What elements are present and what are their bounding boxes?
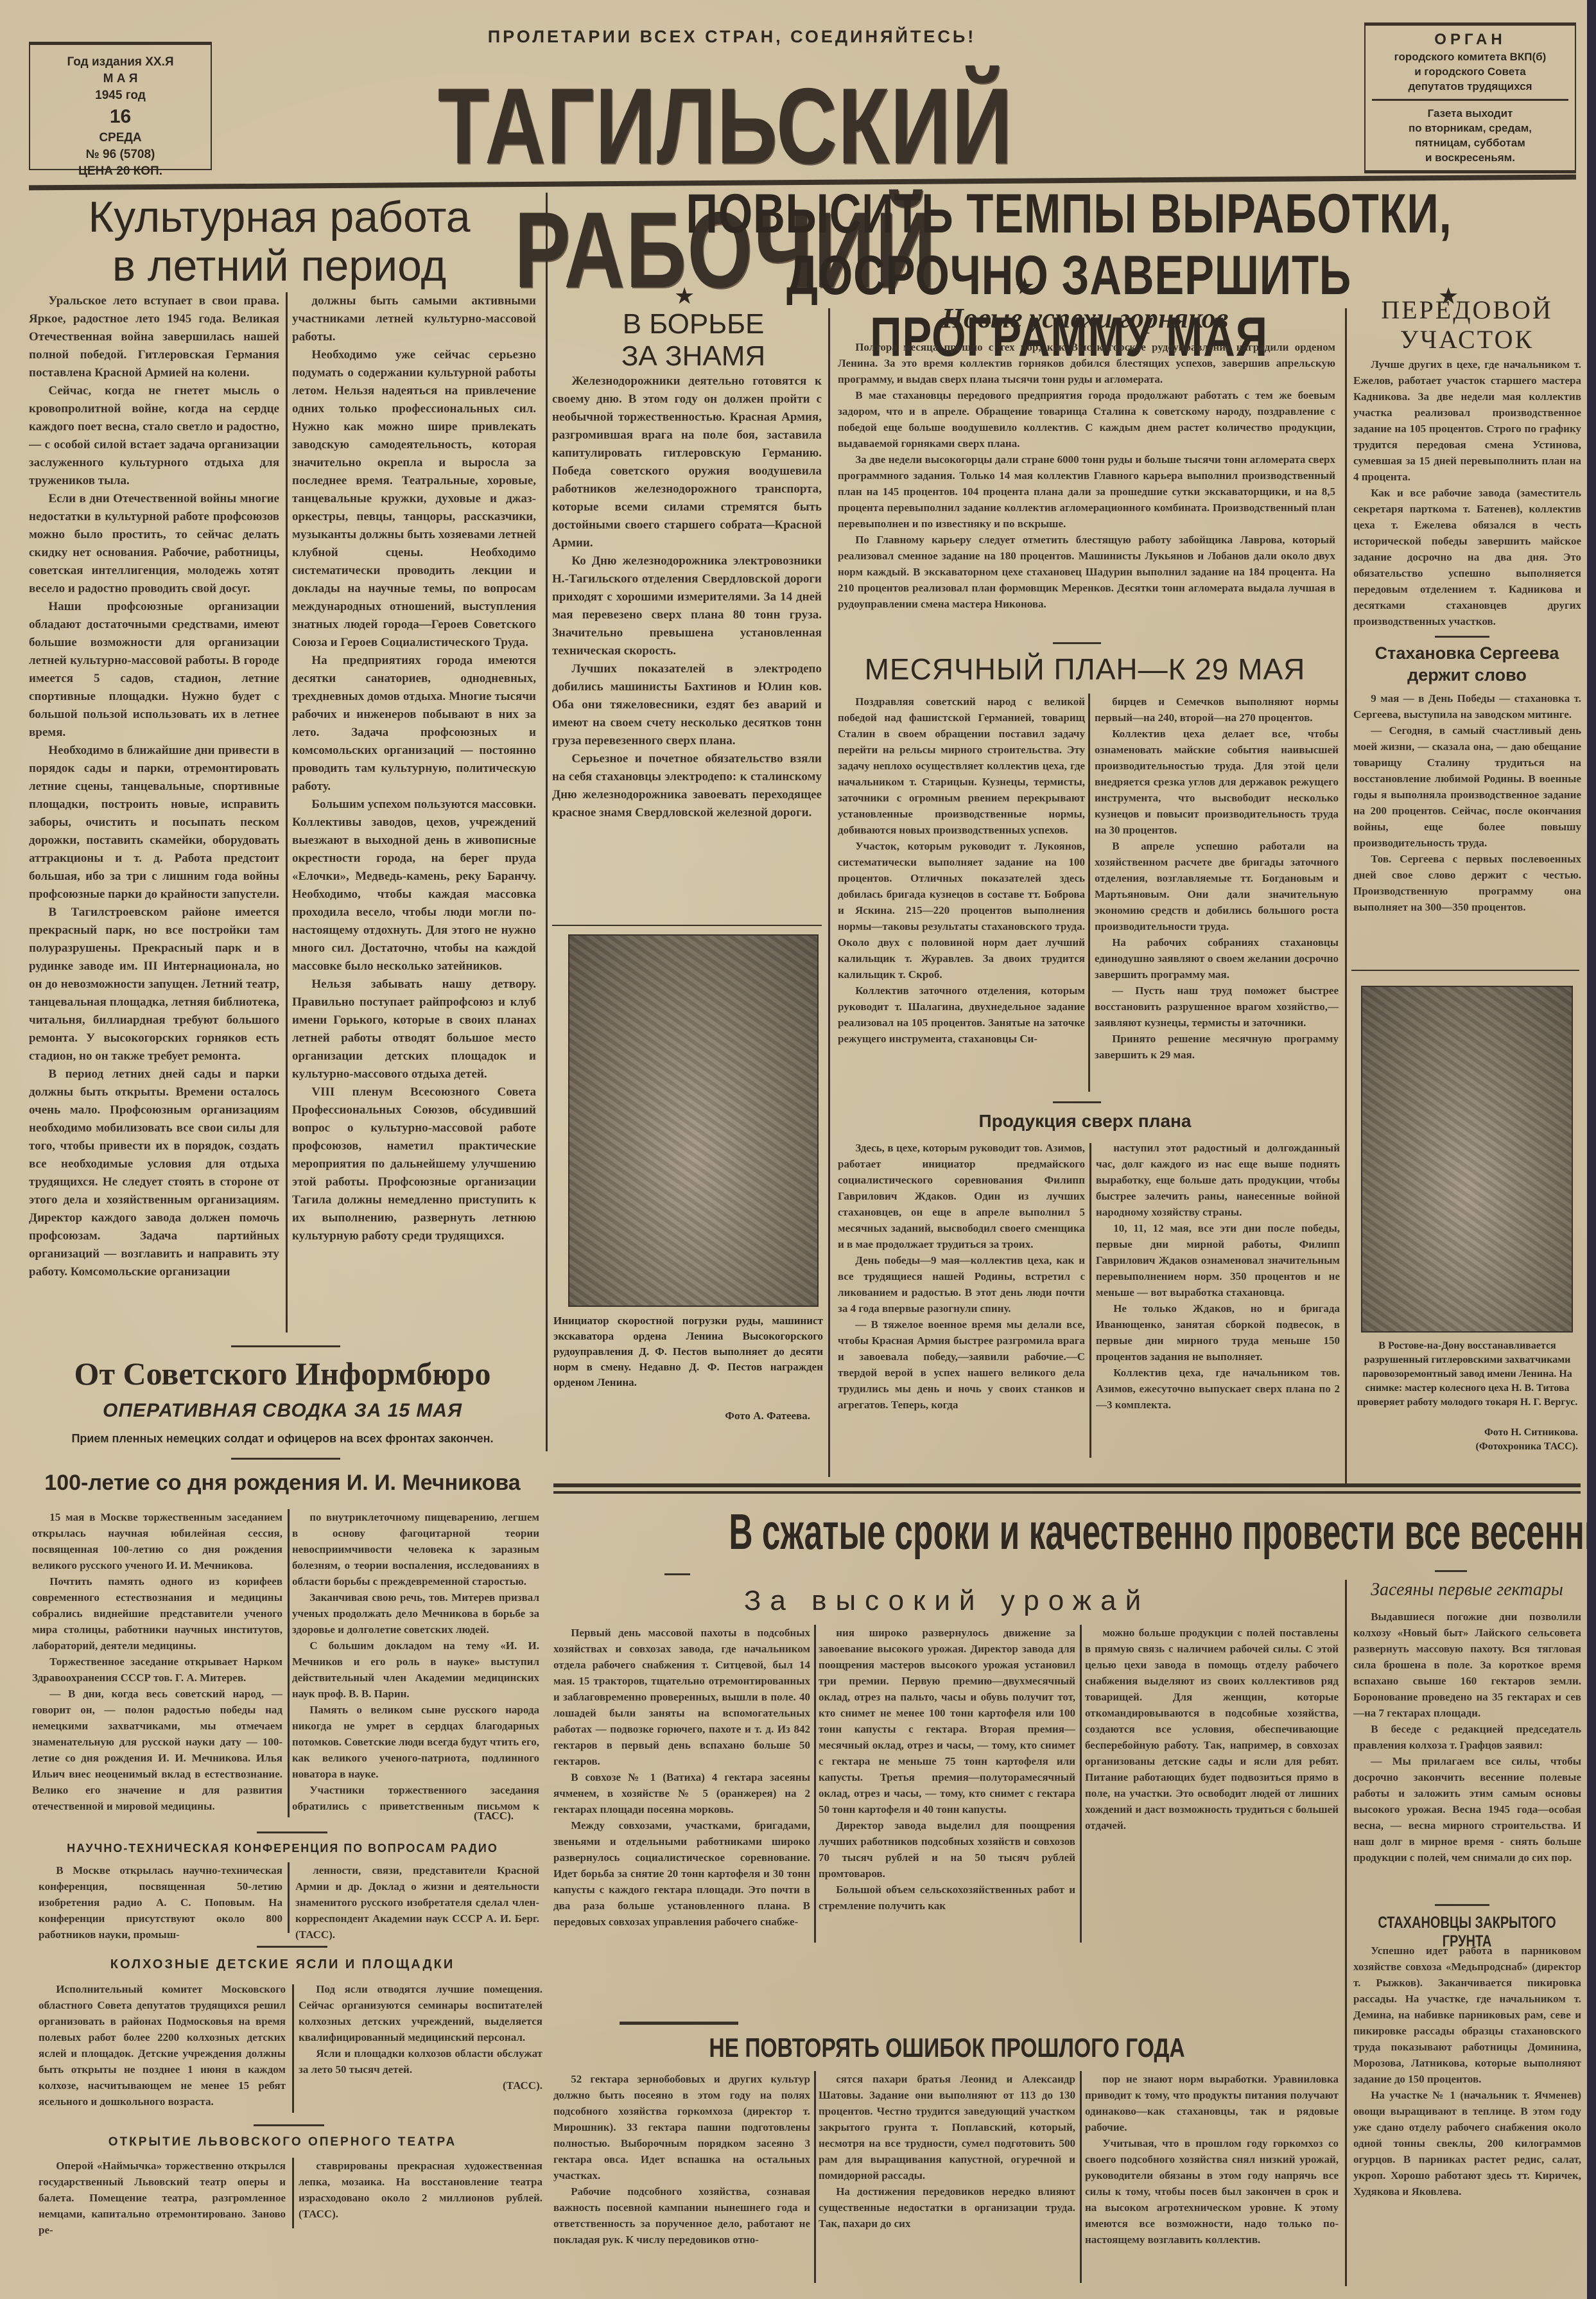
section-rule	[553, 1483, 1581, 1487]
paragraph: — Сегодня, в самый счастливый день моей …	[1353, 722, 1581, 851]
photo-caption: В Ростове-на-Дону восстанавливается разр…	[1353, 1339, 1581, 1410]
nurseries-source: (ТАСС).	[299, 2077, 542, 2094]
paragraph: На предприятиях города имеются десятки с…	[292, 652, 536, 796]
mistakes-col-1: 52 гектара зернобобовых и других культур…	[553, 2071, 810, 2283]
paragraph: — Мы прилагаем все силы, чтобы досрочно …	[1353, 1753, 1581, 1866]
mechnikov-col-2: по внутриклеточному пищеварению, легшем …	[292, 1509, 539, 1811]
paragraph: Учитывая, что в прошлом году горкомхоз с…	[1085, 2135, 1339, 2248]
paragraph: По Главному карьеру следует отметить бле…	[838, 532, 1335, 612]
paragraph: 15 мая в Москве торжественным заседанием…	[32, 1509, 282, 1573]
slogan: ПРОЛЕТАРИИ ВСЕХ СТРАН, СОЕДИНЯЙТЕСЬ!	[302, 27, 1162, 47]
paragraph: В Тагилстроевском районе имеется прекрас…	[29, 904, 279, 1065]
issue-number: № 96 (5708)	[30, 146, 211, 163]
monthly-plan-col-2: бирцев и Семечков выполняют нормы первый…	[1095, 694, 1339, 1092]
photo-caption: Инициатор скоростной погрузки руды, маши…	[553, 1313, 823, 1390]
divider	[1351, 970, 1579, 971]
column-rule	[1345, 308, 1347, 1483]
paragraph: сятся пахари братья Леонид и Александр Ш…	[819, 2071, 1075, 2183]
paragraph: 10, 11, 12 мая, все эти дни после победы…	[1096, 1220, 1340, 1300]
paragraph: Коллектив заточного отделения, которым р…	[838, 983, 1085, 1047]
paragraph: бирцев и Семечков выполняют нормы первый…	[1095, 694, 1339, 726]
paragraph: С большим докладом на тему «И. И. Мечник…	[292, 1638, 539, 1702]
schedule-line: по вторникам, средам,	[1366, 121, 1575, 135]
column-rule	[292, 2158, 294, 2228]
radio-headline: НАУЧНО-ТЕХНИЧЕСКАЯ КОНФЕРЕНЦИЯ ПО ВОПРОС…	[26, 1842, 539, 1855]
column-rule	[546, 193, 548, 1451]
paragraph: Почтить память одного из корифеев соврем…	[32, 1573, 282, 1654]
column-rule	[288, 1509, 290, 1817]
advanced-section-headline: ПЕРЕДОВОЙ УЧАСТОК	[1351, 295, 1583, 354]
paragraph: Память о великом сыне русского народа ни…	[292, 1702, 539, 1782]
paragraph: Тов. Митерев напоминает собравшимся о кл…	[32, 1814, 282, 1817]
photo-credit: Фото Н. Ситникова. (Фотохроника ТАСС).	[1353, 1426, 1578, 1454]
paragraph: На рабочих собраниях стахановцы единодуш…	[1095, 934, 1339, 983]
mechnikov-headline: 100-летие со дня рождения И. И. Мечников…	[26, 1471, 539, 1496]
banner-headline: В БОРЬБЕ ЗА ЗНАМЯ	[559, 308, 828, 372]
paragraph: Коллектив цеха, где начальником тов. Ази…	[1096, 1365, 1340, 1413]
paragraph: 9 мая — в День Победы — стахановка т. Се…	[1353, 690, 1581, 722]
publisher-info-box: ОРГАН городского комитета ВКП(б) и город…	[1364, 22, 1576, 173]
miners-headline: Новые успехи горняков	[835, 302, 1335, 335]
issue-year: 1945 год	[30, 87, 211, 104]
section-rule	[553, 1491, 1581, 1494]
paragraph: Принято решение месячную программу завер…	[1095, 1031, 1339, 1063]
divider	[664, 1573, 690, 1575]
paragraph: Большим успехом пользуются массовки. Кол…	[292, 796, 536, 975]
photo-wheel-workshop	[1361, 986, 1573, 1333]
issue-info-box: Год издания XX.Я М А Я 1945 год 16 СРЕДА…	[29, 42, 212, 170]
paragraph: наступил этот радостный и долгожданный ч…	[1096, 1140, 1340, 1220]
paragraph: Ко Дню железнодорожника электровозники Н…	[552, 552, 822, 660]
paragraph: Серьезное и почетное обязательство взяли…	[552, 750, 822, 822]
cultural-col-1: Уральское лето вступает в свои права. Яр…	[29, 292, 279, 1333]
monthly-plan-col-1: Поздравляя советский народ с великой поб…	[838, 694, 1085, 1092]
harvest-col-2: ния широко развернулось движение за заво…	[819, 1625, 1075, 1943]
publisher-line: депутатов трудящихся	[1366, 79, 1575, 94]
monthly-plan-headline: МЕСЯЧНЫЙ ПЛАН—К 29 МАЯ	[835, 652, 1335, 686]
headline-line: в летний период	[26, 241, 533, 290]
paragraph: Нельзя забывать нашу детвору. Правильно …	[292, 975, 536, 1083]
column-rule	[286, 292, 288, 1333]
nurseries-col-1: Исполнительный комитет Московского облас…	[39, 1981, 286, 2122]
issue-price: ЦЕНА 20 КОП.	[30, 163, 211, 180]
paragraph: В апреле успешно работали на хозяйственн…	[1095, 838, 1339, 934]
paragraph: VIII пленум Всесоюзного Совета Профессио…	[292, 1083, 536, 1245]
paragraph: — В тяжелое военное время мы делали все,…	[838, 1316, 1085, 1413]
paragraph: Здесь, в цехе, которым руководит тов. Аз…	[838, 1140, 1085, 1252]
paragraph: по внутриклеточному пищеварению, легшем …	[292, 1509, 539, 1589]
production-col-1: Здесь, в цехе, которым руководит тов. Аз…	[838, 1140, 1085, 1461]
column-rule	[828, 308, 830, 1477]
paragraph: День победы—9 мая—коллектив цеха, как и …	[838, 1252, 1085, 1316]
issue-weekday: СРЕДА	[30, 130, 211, 146]
harvest-col-1: Первый день массовой пахоты в подсобных …	[553, 1625, 810, 1943]
headline-line: В БОРЬБЕ	[559, 308, 828, 340]
miners-body: Полтора месяца прошло с тех пор, как Выс…	[838, 339, 1335, 615]
column-rule	[288, 1862, 290, 1933]
issue-day: 16	[30, 104, 211, 130]
cultural-col-2: должны быть самыми активными участниками…	[292, 292, 536, 1333]
paragraph: Успешно идет работа в парниковом хозяйст…	[1353, 1943, 1581, 2087]
paragraph: Сейчас, когда не гнетет мысль о кровопро…	[29, 382, 279, 490]
paragraph: Рабочие подсобного хозяйства, сознавая в…	[553, 2183, 810, 2248]
divider	[1372, 99, 1568, 101]
nurseries-col-2: Под ясли отводятся лучшие помещения. Сей…	[299, 1981, 542, 2122]
divider	[257, 1831, 327, 1833]
column-rule	[814, 1625, 816, 1943]
production-headline: Продукция сверх плана	[835, 1111, 1335, 1132]
paragraph: Тов. Сергеева с первых послевоенных дней…	[1353, 851, 1581, 915]
lviv-col-1: Оперой «Наймычка» торжественно открылся …	[39, 2158, 286, 2241]
newspaper-page: Год издания XX.Я М А Я 1945 год 16 СРЕДА…	[0, 0, 1596, 2299]
mechnikov-source: (ТАСС).	[385, 1808, 514, 1824]
paragraph: За сутки план общей добычи выполнен на 1…	[838, 612, 1335, 615]
paragraph: В мае стахановцы передового предприятия …	[838, 387, 1335, 451]
mistakes-headline: НЕ ПОВТОРЯТЬ ОШИБОК ПРОШЛОГО ГОДА	[552, 2032, 1342, 2063]
paragraph: В беседе с редакцией председатель правле…	[1353, 1721, 1581, 1753]
column-rule	[1345, 1580, 1347, 2286]
radio-col-1: В Москве открылась научно-техническая ко…	[39, 1862, 282, 1946]
organ-label: ОРГАН	[1366, 32, 1575, 47]
photo-excavator-driver	[568, 934, 819, 1307]
schedule-line: и воскресеньям.	[1366, 150, 1575, 165]
informburo-lead: Прием пленных немецких солдат и офицеров…	[26, 1432, 539, 1446]
production-col-2: наступил этот радостный и долгожданный ч…	[1096, 1140, 1340, 1461]
headline-line: ЗА ЗНАМЯ	[559, 340, 828, 372]
paragraph: Участок, которым руководит т. Лукоянов, …	[838, 838, 1085, 983]
paragraph: На достижения передовиков нередко влияют…	[819, 2183, 1075, 2232]
greenhouse-body: Успешно идет работа в парниковом хозяйст…	[1353, 1943, 1581, 2277]
divider	[1435, 636, 1489, 638]
column-rule	[292, 1984, 294, 2113]
paragraph: Поздравляя советский народ с великой поб…	[838, 694, 1085, 838]
publisher-line: городского комитета ВКП(б)	[1366, 49, 1575, 64]
scan-edge	[1587, 0, 1596, 2299]
star-icon: ★	[674, 283, 695, 310]
divider	[620, 2022, 738, 2025]
paragraph: Лучше других в цехе, где начальником т. …	[1353, 356, 1581, 485]
column-rule	[1080, 2071, 1082, 2283]
headline-line: ПОВЫСИТЬ ТЕМПЫ ВЫРАБОТКИ,	[650, 183, 1488, 245]
paragraph: Большой объем сельскохозяйственных работ…	[819, 1882, 1075, 1914]
harvest-headline: За высокий урожай	[552, 1585, 1342, 1617]
first-hectares-body: Выдавшиеся погожие дни позволили колхозу…	[1353, 1609, 1581, 1901]
paragraph: В период летних дней сады и парки должны…	[29, 1065, 279, 1281]
spring-work-banner: В сжатые сроки и качественно провести вс…	[552, 1503, 1592, 1561]
paragraph: ния широко развернулось движение за заво…	[819, 1625, 1075, 1817]
divider	[1053, 642, 1101, 644]
paragraph: Между совхозами, участками, бригадами, з…	[553, 1817, 810, 1930]
divider	[552, 925, 822, 926]
paragraph: Необходимо уже сейчас серьезно подумать …	[292, 346, 536, 652]
paragraph: пор не знают норм выработки. Уравниловка…	[1085, 2071, 1339, 2135]
year-of-issue: Год издания XX.Я	[30, 54, 211, 71]
paragraph: Полтора месяца прошло с тех пор, как Выс…	[838, 339, 1335, 387]
divider	[1435, 1570, 1467, 1572]
column-rule	[1080, 1625, 1082, 1943]
radio-col-2: ленности, связи, представители Красной А…	[295, 1862, 539, 1946]
mistakes-col-3: пор не знают норм выработки. Уравниловка…	[1085, 2071, 1339, 2283]
paragraph: Не только Ждаков, но и бригада Иванющенк…	[1096, 1300, 1340, 1365]
schedule-line: Газета выходит	[1366, 106, 1575, 121]
headline-line: УЧАСТОК	[1351, 325, 1583, 354]
column-rule	[814, 2071, 816, 2283]
paragraph: должны быть самыми активными участниками…	[292, 292, 536, 346]
paragraph: В совхозе № 1 (Ватиха) 4 гектара засеяны…	[553, 1769, 810, 1817]
paragraph: Как и все рабочие завода (заместитель се…	[1353, 485, 1581, 629]
ornament-rule	[231, 1345, 340, 1347]
star-icon: ★	[1014, 273, 1035, 300]
paragraph: Первый день массовой пахоты в подсобных …	[553, 1625, 810, 1769]
paragraph: Участники торжественного заседания обрат…	[292, 1782, 539, 1811]
issue-month: М А Я	[30, 71, 211, 87]
headline-line: ПЕРЕДОВОЙ	[1351, 295, 1583, 325]
paragraph: Коллектив цеха делает все, чтобы ознамен…	[1095, 726, 1339, 838]
sergeeva-headline: Стахановка Сергеева держит слово	[1351, 642, 1583, 686]
photo-credit: Фото А. Фатеева.	[553, 1406, 810, 1425]
paragraph: Выдавшиеся погожие дни позволили колхозу…	[1353, 1609, 1581, 1721]
paragraph: Железнодорожники деятельно готовятся к с…	[552, 372, 822, 552]
publisher-line: и городского Совета	[1366, 64, 1575, 79]
column-rule	[1088, 694, 1090, 1092]
divider	[257, 1946, 327, 1948]
divider	[1053, 1101, 1101, 1103]
column-rule	[1089, 1143, 1091, 1458]
sergeeva-body: 9 мая — в День Победы — стахановка т. Се…	[1353, 690, 1581, 966]
headline-line: держит слово	[1351, 664, 1583, 686]
mistakes-col-2: сятся пахари братья Леонид и Александр Ш…	[819, 2071, 1075, 2283]
paragraph: — В дни, когда весь советский народ, — г…	[32, 1686, 282, 1814]
lviv-headline: ОТКРЫТИЕ ЛЬВОВСКОГО ОПЕРНОГО ТЕАТРА	[26, 2135, 539, 2149]
headline-line: Стахановка Сергеева	[1351, 642, 1583, 664]
paragraph: Заканчивая свою речь, тов. Митерев призв…	[292, 1589, 539, 1638]
first-hectares-headline: Засеяны первые гектары	[1348, 1580, 1586, 1600]
headline-line: Культурная работа	[26, 193, 533, 241]
mechnikov-col-1: 15 мая в Москве торжественным заседанием…	[32, 1509, 282, 1817]
paragraph: Уральское лето вступает в свои права. Яр…	[29, 292, 279, 382]
paragraph: На участке № 1 (начальник т. Ячменев) ов…	[1353, 2087, 1581, 2199]
paragraph: Лучших показателей в электродепо добилис…	[552, 660, 822, 750]
paragraph: — Пусть наш труд поможет быстрее восстан…	[1095, 983, 1339, 1031]
paragraph: 52 гектара зернобобовых и других культур…	[553, 2071, 810, 2183]
advanced-section-body: Лучше других в цехе, где начальником т. …	[1353, 356, 1581, 629]
paragraph: Необходимо в ближайшие дни привести в по…	[29, 742, 279, 904]
informburo-subtitle: ОПЕРАТИВНАЯ СВОДКА ЗА 15 МАЯ	[26, 1400, 539, 1422]
cultural-headline: Культурная работа в летний период	[26, 193, 533, 290]
nurseries-headline: КОЛХОЗНЫЕ ДЕТСКИЕ ЯСЛИ И ПЛОЩАДКИ	[26, 1957, 539, 1972]
lviv-col-2: ставрированы прекрасная художественная л…	[299, 2158, 542, 2241]
paragraph: За две недели высокогорцы дали стране 60…	[838, 451, 1335, 532]
schedule-line: пятницам, субботам	[1366, 135, 1575, 150]
paragraph: можно больше продукции с полей поставлен…	[1085, 1625, 1339, 1833]
informburo-headline: От Советского Информбюро	[26, 1355, 539, 1392]
paragraph: Наши профсоюзные организации обладают до…	[29, 598, 279, 742]
paragraph: Если в дни Отечественной войны многие не…	[29, 490, 279, 598]
ornament-rule	[231, 1458, 340, 1460]
harvest-col-3: можно больше продукции с полей поставлен…	[1085, 1625, 1339, 1943]
divider	[254, 2124, 324, 2126]
paragraph: Директор завода выделил для поощрения лу…	[819, 1817, 1075, 1882]
divider	[1435, 1904, 1489, 1906]
paragraph: Торжественное заседание открывает Нарком…	[32, 1654, 282, 1686]
banner-body: Железнодорожники деятельно готовятся к с…	[552, 372, 822, 925]
